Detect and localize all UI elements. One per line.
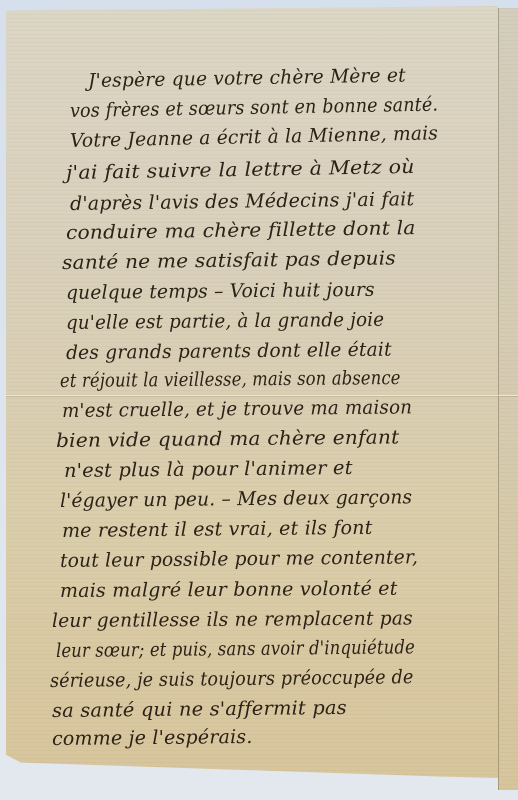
letter-line: J'espère que votre chère Mère et xyxy=(88,64,406,92)
letter-line: bien vide quand ma chère enfant xyxy=(56,426,400,452)
letter-line: sa santé qui ne s'affermit pas xyxy=(52,697,347,722)
handwritten-letter: J'espère que votre chère Mère et vos frè… xyxy=(0,0,518,800)
letter-line: leur sœur; et puis, sans avoir d'inquiét… xyxy=(56,636,415,662)
letter-line: qu'elle est partie, à la grande joie xyxy=(66,309,384,334)
letter-line: quelque temps – Voici huit jours xyxy=(66,279,375,304)
letter-line: sérieuse, je suis toujours préoccupée de xyxy=(50,666,414,692)
letter-line: m'est cruelle, et je trouve ma maison xyxy=(62,396,412,422)
letter-line: santé ne me satisfait pas depuis xyxy=(62,247,396,274)
letter-line: l'égayer un peu. – Mes deux garçons xyxy=(60,486,412,512)
letter-line: me restent il est vrai, et ils font xyxy=(62,517,373,542)
letter-line: vos frères et sœurs sont en bonne santé. xyxy=(70,94,439,122)
letter-line: leur gentillesse ils ne remplacent pas xyxy=(52,607,413,632)
letter-line: et réjouit la vieillesse, mais son absen… xyxy=(60,367,401,392)
letter-line: comme je l'espérais. xyxy=(52,726,253,750)
letter-line: Votre Jeanne a écrit à la Mienne, mais xyxy=(70,122,438,152)
letter-line: j'ai fait suivre la lettre à Metz où xyxy=(66,156,415,184)
letter-line: n'est plus là pour l'animer et xyxy=(64,457,353,482)
letter-line: conduire ma chère fillette dont la xyxy=(66,217,416,244)
letter-line: mais malgré leur bonne volonté et xyxy=(60,578,398,602)
letter-line: d'après l'avis des Médecins j'ai fait xyxy=(70,188,415,215)
letter-line: tout leur possible pour me contenter, xyxy=(60,546,418,572)
letter-line: des grands parents dont elle était xyxy=(66,339,392,364)
